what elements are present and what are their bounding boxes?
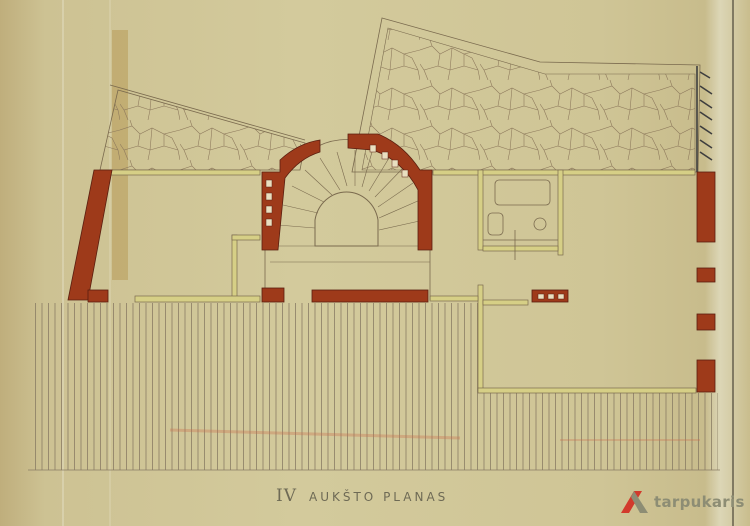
flagstone-paving-right [352,18,712,172]
hatched-lower-area [28,303,720,470]
floor-plan-drawing [0,0,750,526]
tarpukaris-logo-icon [618,490,648,514]
flagstone-paving-left [100,85,305,170]
watermark: tarpukaris [618,490,745,514]
drawing-sheet: IVAUKŠTO PLANAS tarpukaris [0,0,750,526]
floor-number: IV [276,486,297,506]
drawing-title: IVAUKŠTO PLANAS [276,486,448,506]
watermark-brand: tarpukaris [654,493,745,511]
floor-plan-label: AUKŠTO PLANAS [309,490,448,504]
